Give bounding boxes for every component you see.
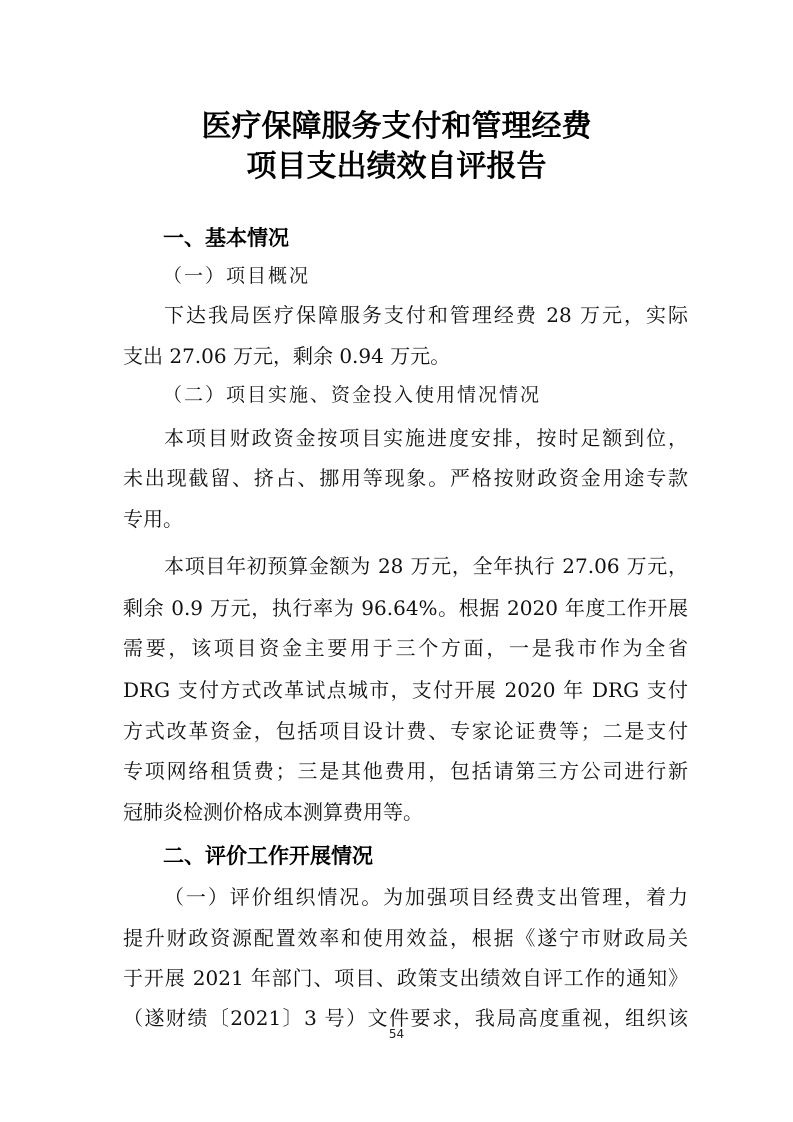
document-title-line2: 项目支出绩效自评报告 — [0, 141, 793, 185]
paragraph-line: DRG 支付方式改革试点城市，支付开展 2020 年 DRG 支付 — [123, 676, 688, 704]
paragraph-line: 需要，该项目资金主要用于三个方面，一是我市作为全省 — [123, 634, 688, 662]
paragraph-line: 于开展 2021 年部门、项目、政策支出绩效自评工作的通知》 — [123, 964, 688, 992]
document-page: 医疗保障服务支付和管理经费 项目支出绩效自评报告 一、基本情况 （一）项目概况 … — [0, 0, 793, 1122]
paragraph-line: 支出 27.06 万元，剩余 0.94 万元。 — [123, 342, 688, 370]
paragraph-line: 冠肺炎检测价格成本测算费用等。 — [123, 798, 688, 826]
paragraph-line: 下达我局医疗保障服务支付和管理经费 28 万元，实际 — [164, 301, 688, 329]
paragraph-line: 本项目财政资金按项目实施进度安排，按时足额到位， — [164, 424, 688, 452]
paragraph-line: 专用。 — [123, 505, 688, 533]
paragraph-line: 方式改革资金，包括项目设计费、专家论证费等；二是支付 — [123, 717, 688, 745]
paragraph-line: 提升财政资源配置效率和使用效益，根据《遂宁市财政局关 — [123, 924, 688, 952]
paragraph-line: 专项网络租赁费；三是其他费用，包括请第三方公司进行新 — [123, 757, 688, 785]
paragraph-line: 未出现截留、挤占、挪用等现象。严格按财政资金用途专款 — [123, 464, 688, 492]
page-number: 54 — [0, 1027, 793, 1041]
section2-heading: 二、评价工作开展情况 — [163, 842, 373, 870]
section1-heading: 一、基本情况 — [163, 224, 289, 252]
paragraph-line: 剩余 0.9 万元，执行率为 96.64%。根据 2020 年度工作开展 — [123, 594, 688, 622]
section1-sub1-heading: （一）项目概况 — [163, 262, 310, 290]
document-title-line1: 医疗保障服务支付和管理经费 — [0, 101, 793, 145]
section1-sub2-heading: （二）项目实施、资金投入使用情况情况 — [163, 381, 541, 409]
paragraph-line: 本项目年初预算金额为 28 万元，全年执行 27.06 万元， — [164, 552, 688, 580]
paragraph-line: （一）评价组织情况。为加强项目经费支出管理，着力 — [164, 883, 688, 911]
